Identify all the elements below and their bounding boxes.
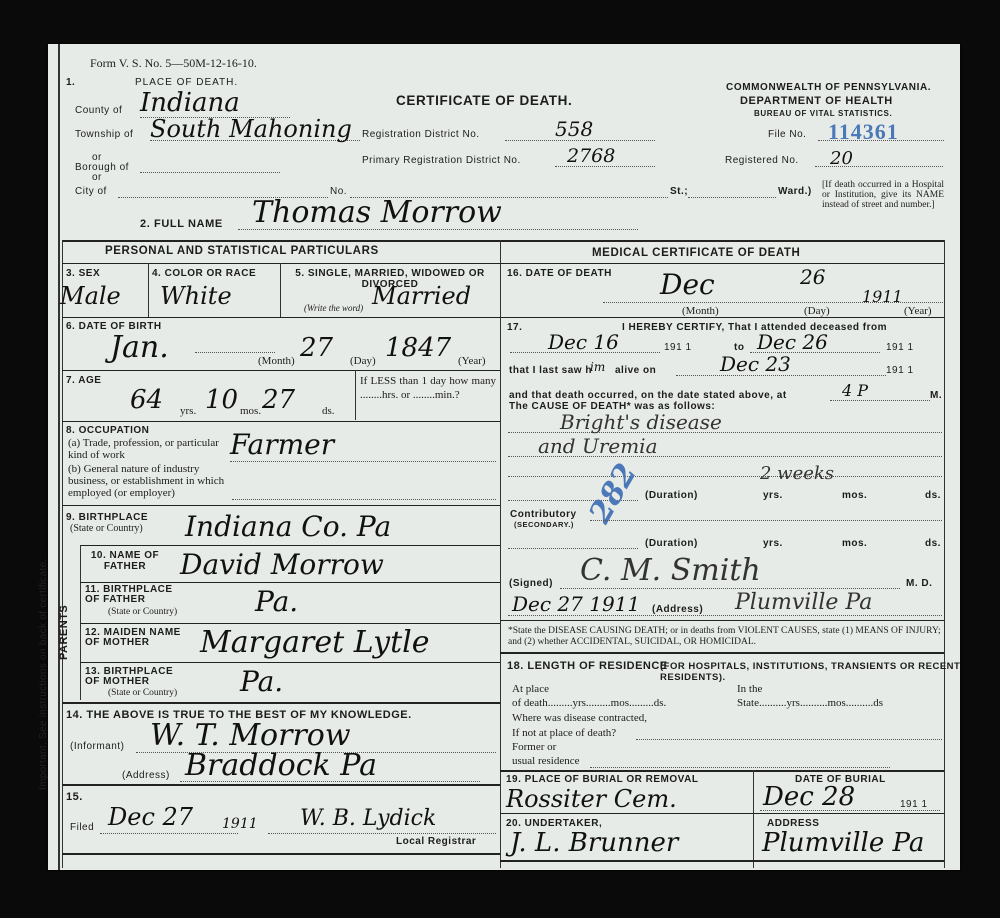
father-birthplace-sub: (State or Country): [108, 607, 177, 617]
certify-text: I HEREBY CERTIFY, That I attended deceas…: [622, 322, 887, 333]
alive-on-label: alive on: [615, 365, 656, 376]
filed-label: Filed: [70, 822, 94, 833]
last-saw-pronoun: im: [590, 360, 605, 374]
age-days-value: 27: [262, 385, 295, 415]
md-label: M. D.: [906, 578, 932, 589]
date-of-death-label: 16. DATE OF DEATH: [507, 268, 612, 279]
occupation-label: 8. OCCUPATION: [66, 425, 149, 436]
place-of-death-heading: PLACE OF DEATH.: [135, 77, 238, 88]
disease-contracted-text: Where was disease contracted,: [512, 712, 647, 724]
local-registrar-label: Local Registrar: [396, 836, 476, 847]
residence-heading-sub: (FOR HOSPITALS, INSTITUTIONS, TRANSIENTS…: [660, 661, 1000, 683]
issuer-department: DEPARTMENT OF HEALTH: [740, 95, 893, 107]
marital-hint: (Write the word): [304, 303, 363, 313]
state-text: State..........yrs..........mos.........…: [737, 697, 883, 709]
age-years-value: 64: [130, 385, 163, 415]
dob-day-value: 27: [300, 333, 333, 363]
usual-residence-text: usual residence: [512, 755, 580, 767]
informant-label: (Informant): [70, 741, 124, 752]
registered-no-value: 20: [830, 148, 853, 169]
section-15-number: 15.: [66, 791, 83, 803]
parents-label: PARENTS: [58, 605, 70, 660]
or-text: or: [92, 172, 102, 183]
informant-address-label: (Address): [122, 770, 170, 781]
duration-mos-label: mos.: [842, 490, 867, 501]
race-label: 4. COLOR OR RACE: [152, 268, 256, 279]
medical-certificate-heading: MEDICAL CERTIFICATE OF DEATH: [592, 247, 800, 259]
contributory-ds-label: ds.: [925, 538, 941, 549]
mother-maiden-name-label: 12. MAIDEN NAME OF MOTHER: [85, 628, 195, 648]
mother-birthplace-label: 13. BIRTHPLACE OF MOTHER: [85, 667, 175, 687]
informant-address-value: Braddock Pa: [185, 748, 377, 783]
burial-place-label: 19. PLACE OF BURIAL OR REMOVAL: [506, 774, 698, 785]
of-death-text: of death.........yrs.........mos........…: [512, 697, 666, 709]
physician-address-value: Plumville Pa: [735, 590, 872, 615]
sex-label: 3. SEX: [66, 268, 100, 279]
occupation-a-text: (a) Trade, profession, or particular kin…: [68, 437, 233, 461]
cause-line-2: and Uremia: [538, 434, 658, 458]
duration-label: (Duration): [645, 490, 698, 501]
duration-ds-label: ds.: [925, 490, 941, 501]
age-days-label: ds.: [322, 405, 335, 417]
former-text: Former or: [512, 741, 556, 753]
dod-day-label: (Day): [804, 305, 830, 317]
duration-value: 2 weeks: [760, 463, 834, 484]
dob-month-label: (Month): [258, 355, 295, 367]
attended-from-year: 191 1: [664, 342, 692, 353]
occupation-value: Farmer: [230, 428, 334, 461]
father-birthplace-label: 11. BIRTHPLACE OF FATHER: [85, 585, 175, 605]
certificate-title: CERTIFICATE OF DEATH.: [396, 93, 572, 108]
physician-signed-date: Dec 27 1911: [512, 592, 640, 616]
father-name-label: 10. NAME OF FATHER: [85, 550, 165, 572]
section-17-number: 17.: [507, 322, 522, 333]
county-value: Indiana: [140, 88, 240, 118]
burial-place-value: Rossiter Cem.: [506, 785, 677, 813]
undertaker-address-value: Plumville Pa: [762, 828, 924, 858]
contributory-yrs-label: yrs.: [763, 538, 783, 549]
dob-month-value: Jan.: [110, 330, 169, 365]
issuer-commonwealth: COMMONWEALTH OF PENNSYLVANIA.: [726, 82, 931, 93]
last-saw-date-value: Dec 23: [720, 352, 791, 376]
township-value: South Mahoning: [150, 115, 352, 143]
in-the-text: In the: [737, 683, 762, 695]
father-name-value: David Morrow: [180, 548, 384, 581]
file-no-value: 114361: [828, 119, 899, 145]
death-time-label: and that death occurred, on the date sta…: [509, 390, 787, 401]
age-months-label: mos.: [240, 405, 261, 417]
dod-day-value: 26: [800, 265, 825, 289]
township-label: Township of: [75, 129, 133, 140]
filed-date-value: Dec 27: [108, 803, 193, 831]
mother-maiden-name-value: Margaret Lytle: [200, 625, 429, 660]
race-value: White: [160, 282, 232, 310]
dod-month-value: Dec: [660, 268, 715, 301]
attended-to-value: Dec 26: [757, 330, 828, 354]
burial-date-year: 191 1: [900, 799, 928, 810]
physician-address-label: (Address): [652, 604, 703, 615]
birthplace-label: 9. BIRTHPLACE: [66, 512, 148, 523]
dod-month-label: (Month): [682, 305, 719, 317]
full-name-label: 2. FULL NAME: [140, 218, 223, 230]
mother-birthplace-sub: (State or Country): [108, 688, 177, 698]
residence-heading: 18. LENGTH OF RESIDENCE: [507, 660, 668, 672]
filed-year-value: 1911: [222, 816, 258, 832]
mother-birthplace-value: Pa.: [240, 665, 283, 698]
last-saw-label: that I last saw h: [509, 365, 592, 376]
contributory-sub: (SECONDARY.): [514, 520, 574, 529]
at-place-text: At place: [512, 683, 549, 695]
birthplace-sub: (State or Country): [70, 523, 143, 534]
occupation-b-text: (b) General nature of industry business,…: [68, 463, 238, 499]
contributory-duration-label: (Duration): [645, 538, 698, 549]
hospital-note: [If death occurred in a Hospital or Inst…: [822, 180, 944, 210]
father-birthplace-value: Pa.: [255, 585, 298, 618]
section-1-number: 1.: [66, 77, 75, 88]
margin-instructions-note: Important. See instructions on back of c…: [38, 558, 49, 790]
cause-footnote: *State the DISEASE CAUSING DEATH; or in …: [508, 626, 942, 648]
dob-year-value: 1847: [385, 333, 451, 363]
attended-from-value: Dec 16: [548, 330, 619, 354]
registration-district-label: Registration District No.: [362, 129, 480, 140]
registered-no-label: Registered No.: [725, 155, 799, 166]
birthplace-value: Indiana Co. Pa: [185, 510, 391, 543]
personal-particulars-heading: PERSONAL AND STATISTICAL PARTICULARS: [105, 245, 379, 257]
signed-label: (Signed): [509, 578, 553, 589]
county-label: County of: [75, 105, 122, 116]
undertaker-value: J. L. Brunner: [510, 828, 678, 858]
cause-line-1: Bright's disease: [560, 410, 722, 434]
primary-registration-value: 2768: [567, 145, 615, 167]
age-years-label: yrs.: [180, 405, 196, 417]
death-time-suffix: M.: [930, 390, 942, 401]
street-label: St.;: [670, 186, 688, 197]
death-time-value: 4 P: [842, 381, 868, 400]
sex-value: Male: [60, 282, 121, 310]
duration-yrs-label: yrs.: [763, 490, 783, 501]
contributory-label: Contributory: [510, 509, 577, 520]
age-label: 7. AGE: [66, 375, 101, 386]
left-margin-rule: [58, 44, 60, 870]
ward-label: Ward.): [778, 186, 812, 197]
marital-status-value: Married: [372, 282, 471, 310]
full-name-value: Thomas Morrow: [252, 195, 502, 230]
age-months-value: 10: [205, 385, 238, 415]
dob-day-label: (Day): [350, 355, 376, 367]
less-than-day-text: If LESS than 1 day how many ........hrs.…: [360, 374, 496, 402]
primary-registration-label: Primary Registration District No.: [362, 155, 521, 166]
contributory-mos-label: mos.: [842, 538, 867, 549]
city-label: City of: [75, 186, 107, 197]
dod-year-label: (Year): [904, 305, 932, 317]
dob-year-label: (Year): [458, 355, 486, 367]
last-saw-year: 191 1: [886, 365, 914, 376]
burial-date-value: Dec 28: [763, 782, 855, 812]
physician-signature: C. M. Smith: [580, 553, 761, 588]
form-number: Form V. S. No. 5—50M-12-16-10.: [90, 56, 257, 71]
local-registrar-signature: W. B. Lydick: [300, 806, 436, 831]
file-no-label: File No.: [768, 129, 806, 140]
attended-to-year: 191 1: [886, 342, 914, 353]
issuer-bureau: BUREAU OF VITAL STATISTICS.: [754, 109, 892, 118]
dod-year-value: 1911: [862, 287, 903, 306]
registration-district-value: 558: [555, 117, 593, 141]
if-not-text: If not at place of death?: [512, 727, 616, 739]
